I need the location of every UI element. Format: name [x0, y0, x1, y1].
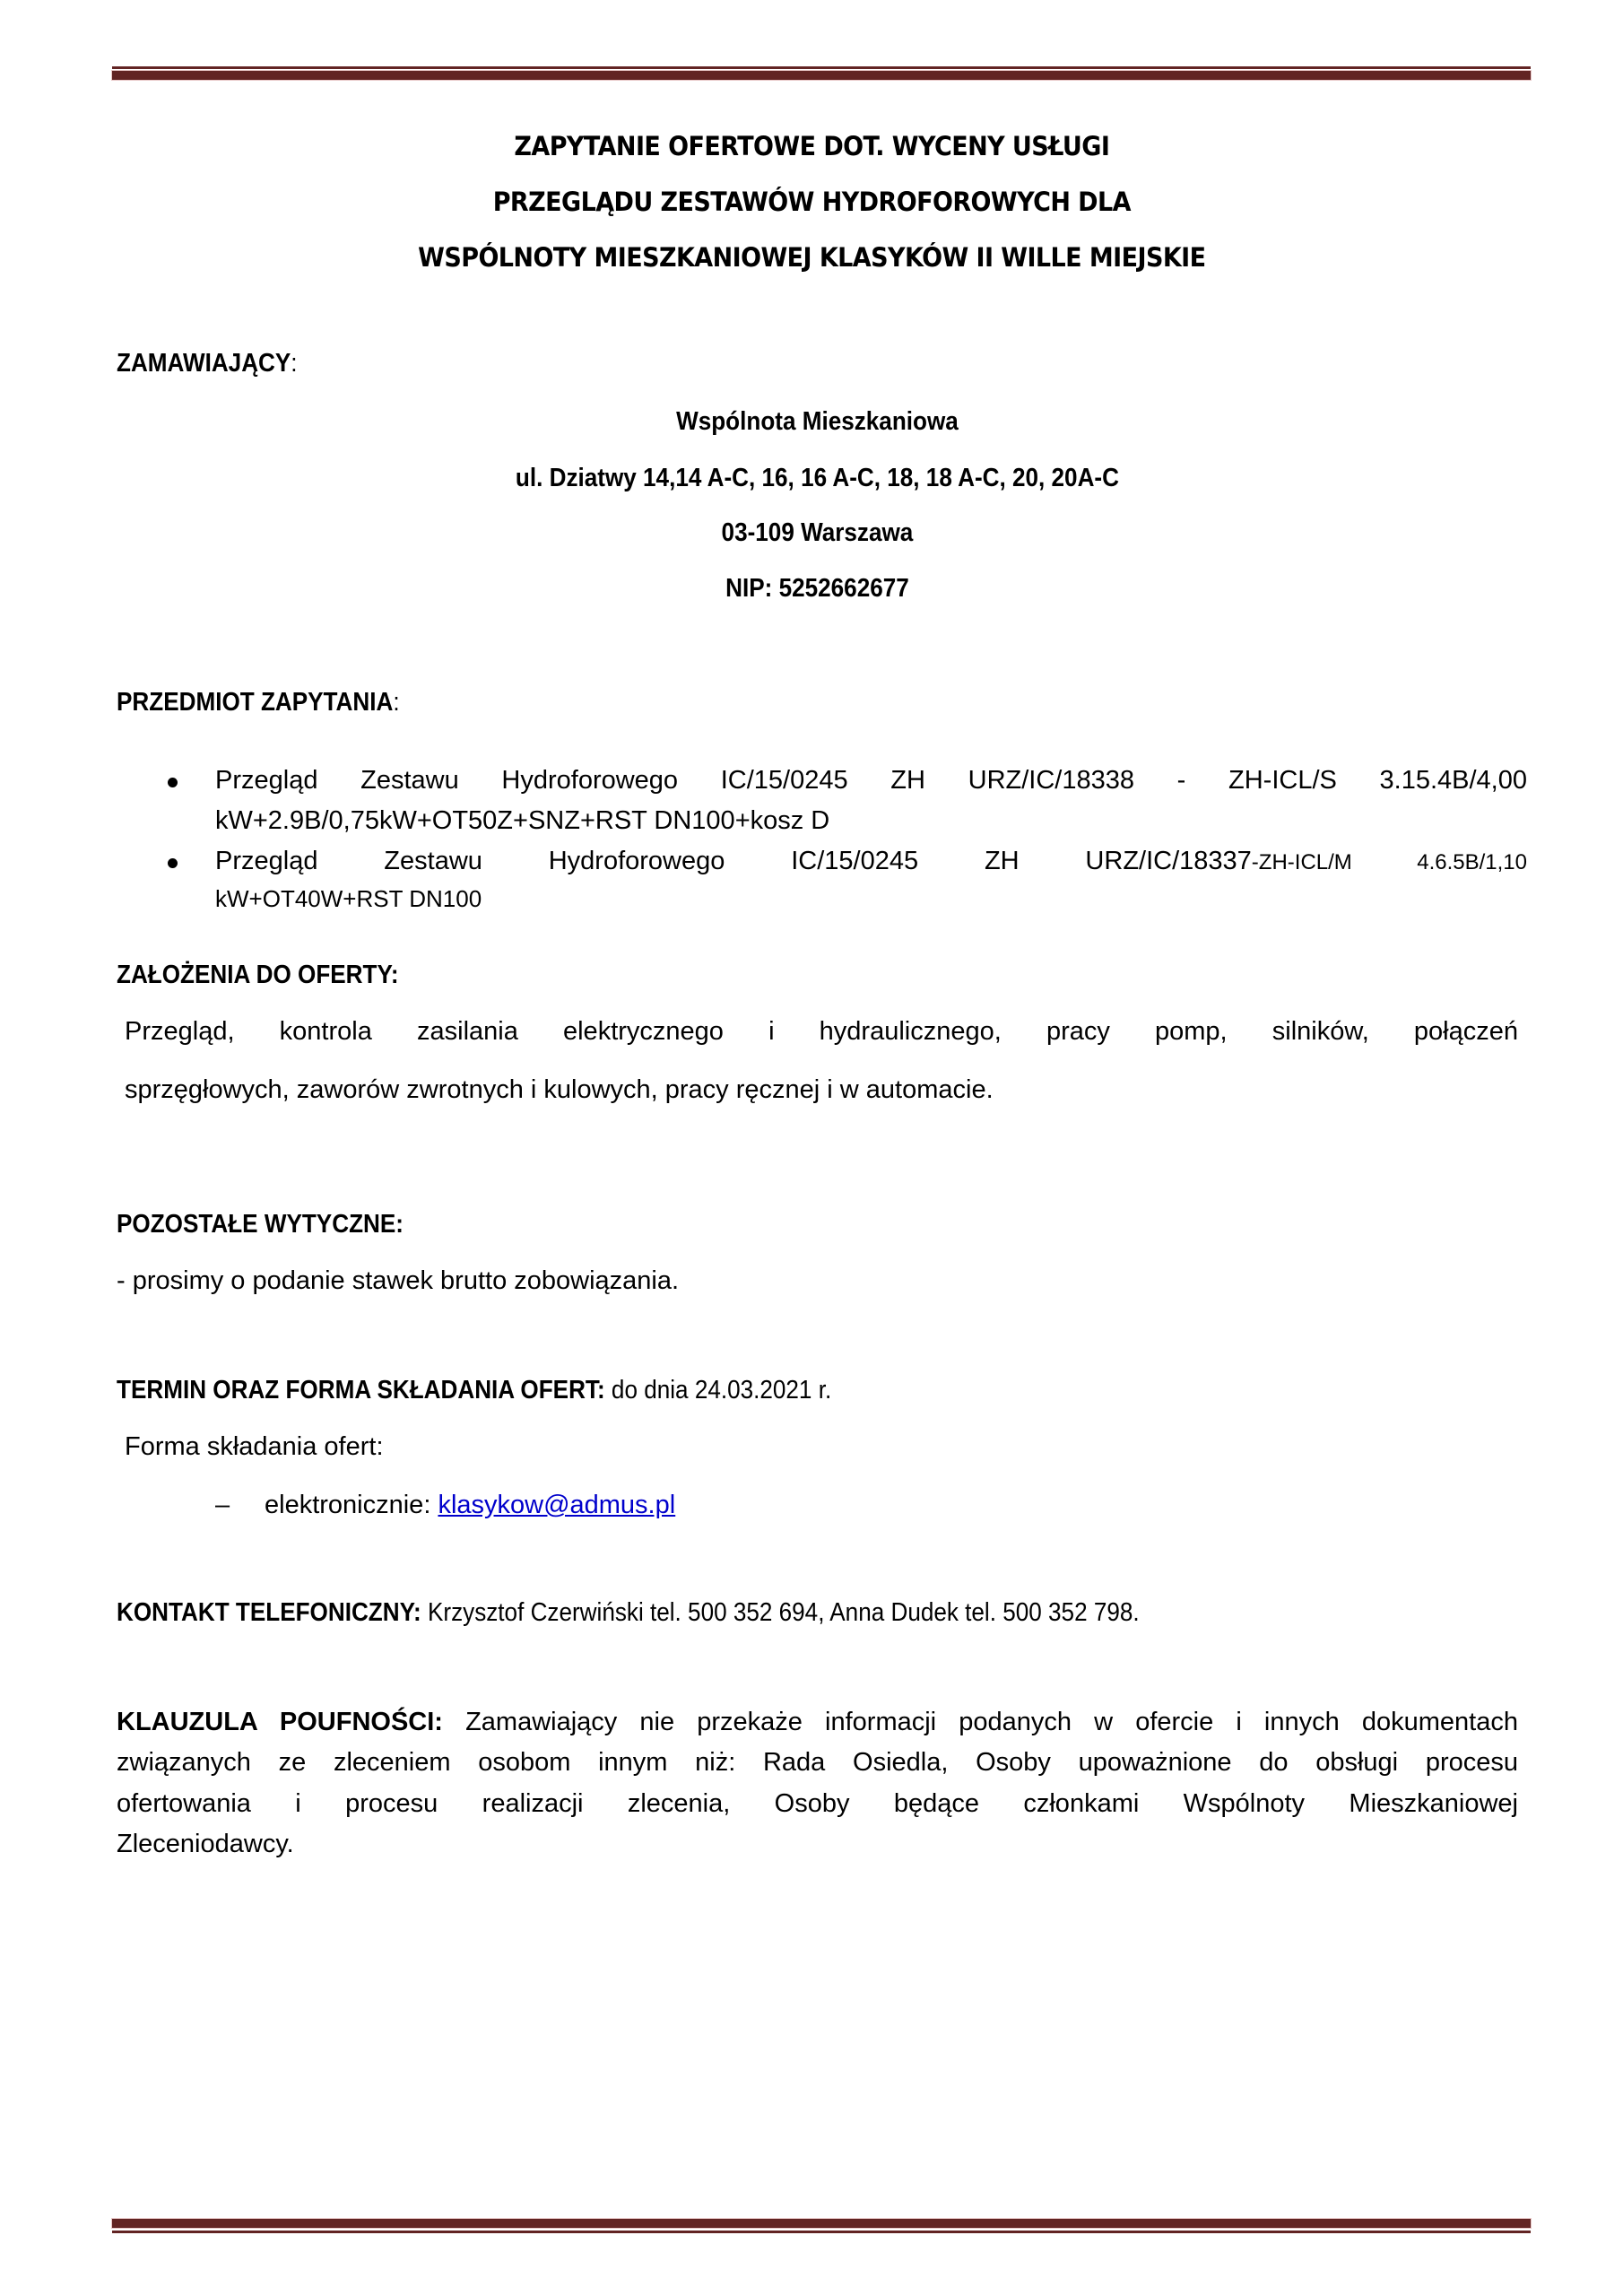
kontakt-line: KONTAKT TELEFONICZNY: Krzysztof Czerwińs… [117, 1596, 1140, 1629]
client-address: ul. Dziatwy 14,14 A-C, 16, 16 A-C, 18, 1… [187, 462, 1448, 494]
zamawiajacy-heading-label: ZAMAWIAJĄCY [117, 349, 291, 378]
przedmiot-item-2-small: -ZH-ICL/M 4.6.5B/1,10 [1252, 850, 1527, 874]
kontakt-heading: KONTAKT TELEFONICZNY: [117, 1598, 421, 1627]
klauzula-line-2: związanych ze zleceniem osobom innym niż… [117, 1746, 1518, 1779]
footer-rule-thick [112, 2219, 1531, 2228]
header-rule-thin [112, 66, 1531, 69]
footer-rule-thin [112, 2231, 1531, 2233]
zalozenia-heading: ZAŁOŻENIA DO OFERTY: [117, 959, 399, 991]
bullet-icon [168, 858, 178, 868]
kontakt-text: Krzysztof Czerwiński tel. 500 352 694, A… [421, 1598, 1140, 1627]
document-page: ZAPYTANIE OFERTOWE DOT. WYCENY USŁUGI PR… [0, 0, 1623, 2296]
forma-method-label: elektronicznie: [265, 1491, 438, 1519]
header-rule-thick [112, 71, 1531, 80]
client-city: 03-109 Warszawa [187, 517, 1448, 549]
przedmiot-item-2-line-2: kW+OT40W+RST DN100 [215, 883, 482, 915]
bullet-icon [168, 778, 178, 787]
email-link[interactable]: klasykow@admus.pl [438, 1491, 675, 1519]
przedmiot-item-2-main: Przegląd Zestawu Hydroforowego IC/15/024… [215, 847, 1252, 875]
title-line-2: PRZEGLĄDU ZESTAWÓW HYDROFOROWYCH DLA [57, 186, 1567, 218]
title-line-1: ZAPYTANIE OFERTOWE DOT. WYCENY USŁUGI [57, 130, 1567, 162]
klauzula-heading: KLAUZULA POUFNOŚCI: [117, 1708, 443, 1736]
klauzula-text-1: Zamawiający nie przekaże informacji poda… [443, 1708, 1518, 1736]
pozostale-text: - prosimy o podanie stawek brutto zobowi… [117, 1265, 679, 1297]
przedmiot-item-1-line-2: kW+2.9B/0,75kW+OT50Z+SNZ+RST DN100+kosz … [215, 804, 829, 837]
przedmiot-heading-colon: : [393, 688, 399, 717]
termin-date: do dnia 24.03.2021 r. [605, 1376, 832, 1405]
termin-line: TERMIN ORAZ FORMA SKŁADANIA OFERT: do dn… [117, 1374, 831, 1406]
zalozenia-line-1: Przegląd, kontrola zasilania elektryczne… [125, 1015, 1518, 1048]
przedmiot-item-2-line-1: Przegląd Zestawu Hydroforowego IC/15/024… [215, 845, 1527, 877]
title-line-3: WSPÓLNOTY MIESZKANIOWEJ KLASYKÓW II WILL… [57, 241, 1567, 274]
zamawiajacy-heading: ZAMAWIAJĄCY: [117, 347, 298, 379]
client-nip: NIP: 5252662677 [187, 572, 1448, 604]
przedmiot-heading-label: PRZEDMIOT ZAPYTANIA [117, 688, 393, 717]
zamawiajacy-heading-colon: : [291, 349, 297, 378]
forma-label: Forma składania ofert: [125, 1431, 384, 1463]
termin-heading: TERMIN ORAZ FORMA SKŁADANIA OFERT: [117, 1376, 605, 1405]
dash-icon: – [215, 1489, 230, 1521]
zalozenia-line-2: sprzęgłowych, zaworów zwrotnych i kulowy… [125, 1074, 994, 1106]
forma-method: elektronicznie: klasykow@admus.pl [265, 1489, 675, 1521]
pozostale-heading: POZOSTAŁE WYTYCZNE: [117, 1208, 404, 1240]
klauzula-line-3: ofertowania i procesu realizacji zleceni… [117, 1787, 1518, 1820]
klauzula-line-4: Zleceniodawcy. [117, 1828, 294, 1860]
client-name: Wspólnota Mieszkaniowa [187, 405, 1448, 438]
przedmiot-item-1-line-1: Przegląd Zestawu Hydroforowego IC/15/024… [215, 764, 1527, 796]
przedmiot-heading: PRZEDMIOT ZAPYTANIA: [117, 686, 400, 718]
klauzula-line-1: KLAUZULA POUFNOŚCI: Zamawiający nie prze… [117, 1706, 1518, 1738]
